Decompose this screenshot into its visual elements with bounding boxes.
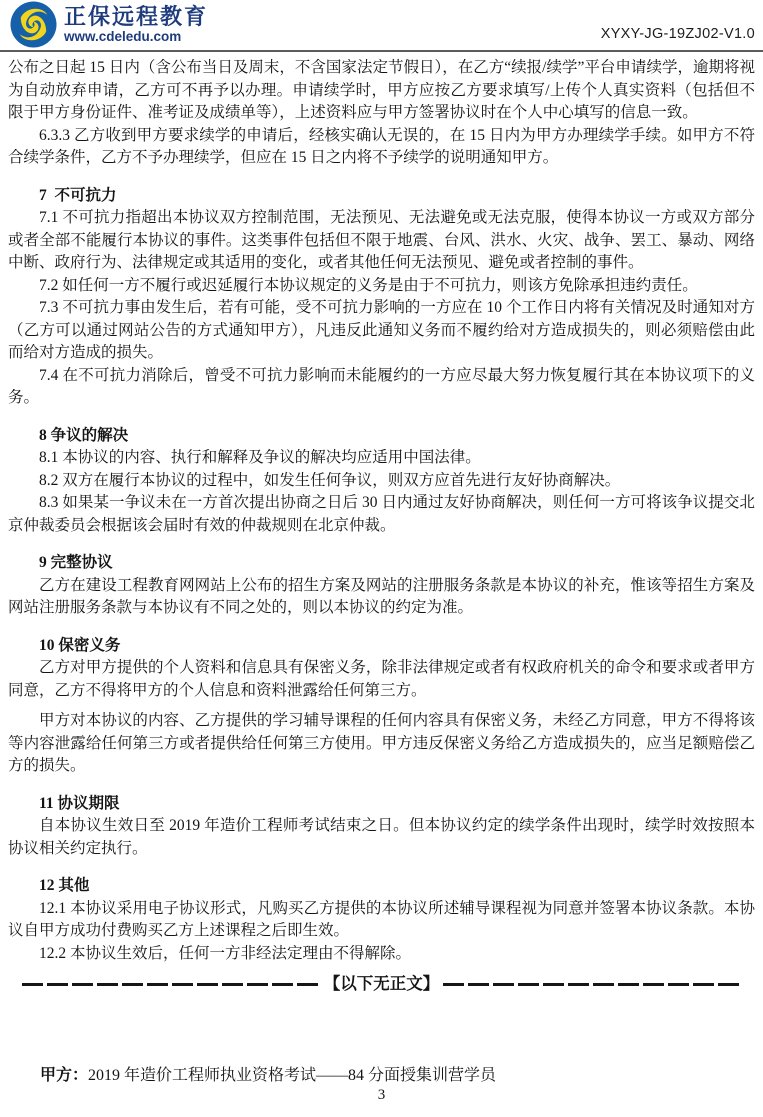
section-heading-9: 9 完整协议 [8,552,755,575]
paragraph-8-1: 8.1 本协议的内容、执行和解释及争议的解决均应适用中国法律。 [8,447,755,470]
brand-website: www.cdeledu.com [64,29,208,45]
paragraph-continuation: 公布之日起 15 日内（含公布当日及周末，不含国家法定节假日），在乙方“续报/续… [8,57,755,125]
paragraph-7-2: 7.2 如任何一方不履行或迟延履行本协议规定的义务是由于不可抗力，则该方免除承担… [8,275,755,298]
paragraph-8-2: 8.2 双方在履行本协议的过程中，如发生任何争议，则双方应首先进行友好协商解决。 [8,470,755,493]
divider-dash-right [443,983,741,986]
end-note-text: 【以下无正文】 [320,974,444,994]
contract-page: 正保远程教育 www.cdeledu.com XYXY-JG-19ZJ02-V1… [0,0,763,1117]
document-code: XYXY-JG-19ZJ02-V1.0 [601,26,755,42]
section-heading-10: 10 保密义务 [8,635,755,658]
paragraph-10-2: 甲方对本协议的内容、乙方提供的学习辅导课程的任何内容具有保密义务，未经乙方同意，… [8,710,755,778]
section-heading-8: 8 争议的解决 [8,425,755,448]
section-heading-12: 12 其他 [8,875,755,898]
paragraph-6-3-3: 6.3.3 乙方收到甲方要求续学的申请后，经核实确认无误的，在 15 日内为甲方… [8,125,755,170]
brand-text-block: 正保远程教育 www.cdeledu.com [64,5,208,45]
paragraph-7-3: 7.3 不可抗力事由发生后，若有可能，受不可抗力影响的一方应在 10 个工作日内… [8,297,755,365]
party-value: 2019 年造价工程师执业资格考试——84 分面授集训营学员 [88,1067,496,1084]
swirl-logo-icon [10,1,57,48]
paragraph-9: 乙方在建设工程教育网网站上公布的招生方案及网站的注册服务条款是本协议的补充，惟该… [8,575,755,620]
contract-body: 公布之日起 15 日内（含公布当日及周末，不含国家法定节假日），在乙方“续报/续… [0,52,763,994]
brand-logo: 正保远程教育 www.cdeledu.com [10,1,208,48]
party-label: 甲方： [40,1067,88,1084]
party-line: 甲方：2019 年造价工程师执业资格考试——84 分面授集训营学员 [40,1062,496,1085]
section-heading-11: 11 协议期限 [8,793,755,816]
page-header: 正保远程教育 www.cdeledu.com XYXY-JG-19ZJ02-V1… [0,0,763,50]
paragraph-12-2: 12.2 本协议生效后，任何一方非经法定理由不得解除。 [8,943,755,966]
page-number: 3 [0,1087,763,1104]
end-note-divider: 【以下无正文】 [22,974,741,994]
paragraph-12-1: 12.1 本协议采用电子协议形式，凡购买乙方提供的本协议所述辅导课程视为同意并签… [8,898,755,943]
section-heading-7: 7 不可抗力 [8,185,755,208]
paragraph-8-3: 8.3 如果某一争议未在一方首次提出协商之日后 30 日内通过友好协商解决，则任… [8,492,755,537]
paragraph-10-1: 乙方对甲方提供的个人资料和信息具有保密义务，除非法律规定或者有权政府机关的命令和… [8,657,755,702]
paragraph-7-4: 7.4 在不可抗力消除后，曾受不可抗力影响而未能履约的一方应尽最大努力恢复履行其… [8,365,755,410]
divider-dash-left [22,983,320,986]
brand-name: 正保远程教育 [64,5,208,29]
paragraph-11: 自本协议生效日至 2019 年造价工程师考试结束之日。但本协议约定的续学条件出现… [8,815,755,860]
paragraph-7-1: 7.1 不可抗力指超出本协议双方控制范围，无法预见、无法避免或无法克服，使得本协… [8,207,755,275]
